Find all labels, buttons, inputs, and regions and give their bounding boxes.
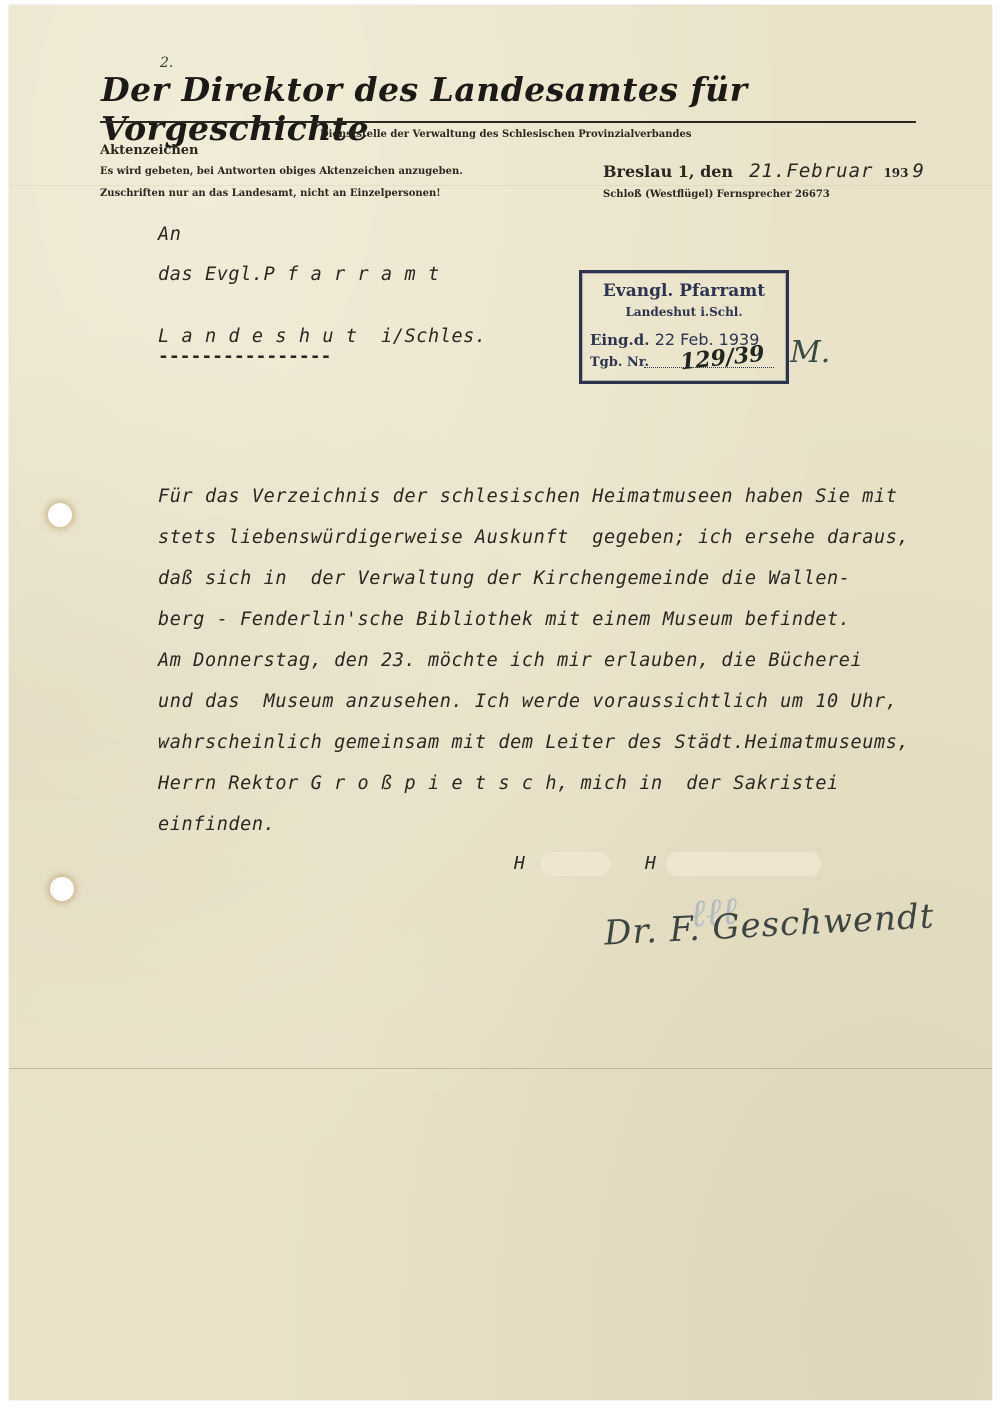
place-label: Breslau 1, den	[603, 162, 733, 181]
handwritten-initial: M.	[790, 335, 830, 370]
fold-line	[9, 1068, 992, 1069]
stamp-journal-label: Tgb. Nr.	[590, 355, 649, 370]
recipient-line: das Evgl.P f a r r a m t	[158, 264, 440, 285]
stamp-location: Landeshut i.Schl.	[582, 305, 786, 319]
redaction-bar	[666, 852, 821, 876]
closing-initial: H	[645, 853, 656, 874]
year-prefix: 193	[883, 166, 908, 180]
date-line: Breslau 1, den 21.Februar 1939	[603, 160, 924, 182]
year-digit: 9	[913, 160, 924, 182]
letterhead-rule	[100, 121, 916, 123]
body-line: und das Museum anzusehen. Ich werde vora…	[158, 691, 898, 712]
body-line: einfinden.	[158, 814, 275, 835]
page-number-annotation: 2.	[160, 55, 173, 71]
body-line: berg - Fenderlin'sche Bibliothek mit ein…	[158, 609, 851, 630]
fold-line	[9, 185, 992, 186]
body-line: Am Donnerstag, den 23. möchte ich mir er…	[158, 650, 862, 671]
recipient-line: An	[158, 224, 181, 245]
body-line: daß sich in der Verwaltung der Kirchenge…	[158, 568, 851, 589]
typed-date: 21.Februar	[749, 160, 873, 182]
correspondence-note: Zuschriften nur an das Landesamt, nicht …	[100, 188, 441, 199]
body-line: Für das Verzeichnis der schlesischen Hei…	[158, 486, 898, 507]
stamp-received-label: Eing.d.	[590, 331, 649, 349]
punch-hole	[50, 877, 74, 901]
receipt-stamp: Evangl. Pfarramt Landeshut i.Schl. Eing.…	[579, 270, 789, 384]
office-address: Schloß (Westflügel) Fernsprecher 26673	[603, 189, 830, 200]
reference-label: Aktenzeichen	[100, 143, 199, 158]
punch-hole	[48, 503, 72, 527]
department-line: Dienststelle der Verwaltung des Schlesis…	[320, 129, 692, 140]
recipient-underline: ----------------	[158, 346, 331, 367]
reference-note: Es wird gebeten, bei Antworten obiges Ak…	[100, 166, 463, 177]
body-line: Herrn Rektor G r o ß p i e t s c h, mich…	[158, 773, 839, 794]
redaction-bar	[540, 852, 610, 876]
recipient-city: L a n d e s h u t i/Schles.	[158, 326, 487, 347]
body-line: stets liebenswürdigerweise Auskunft gege…	[158, 527, 909, 548]
body-line: wahrscheinlich gemeinsam mit dem Leiter …	[158, 732, 909, 753]
closing-initial: H	[514, 853, 525, 874]
stamp-office: Evangl. Pfarramt	[582, 281, 786, 301]
